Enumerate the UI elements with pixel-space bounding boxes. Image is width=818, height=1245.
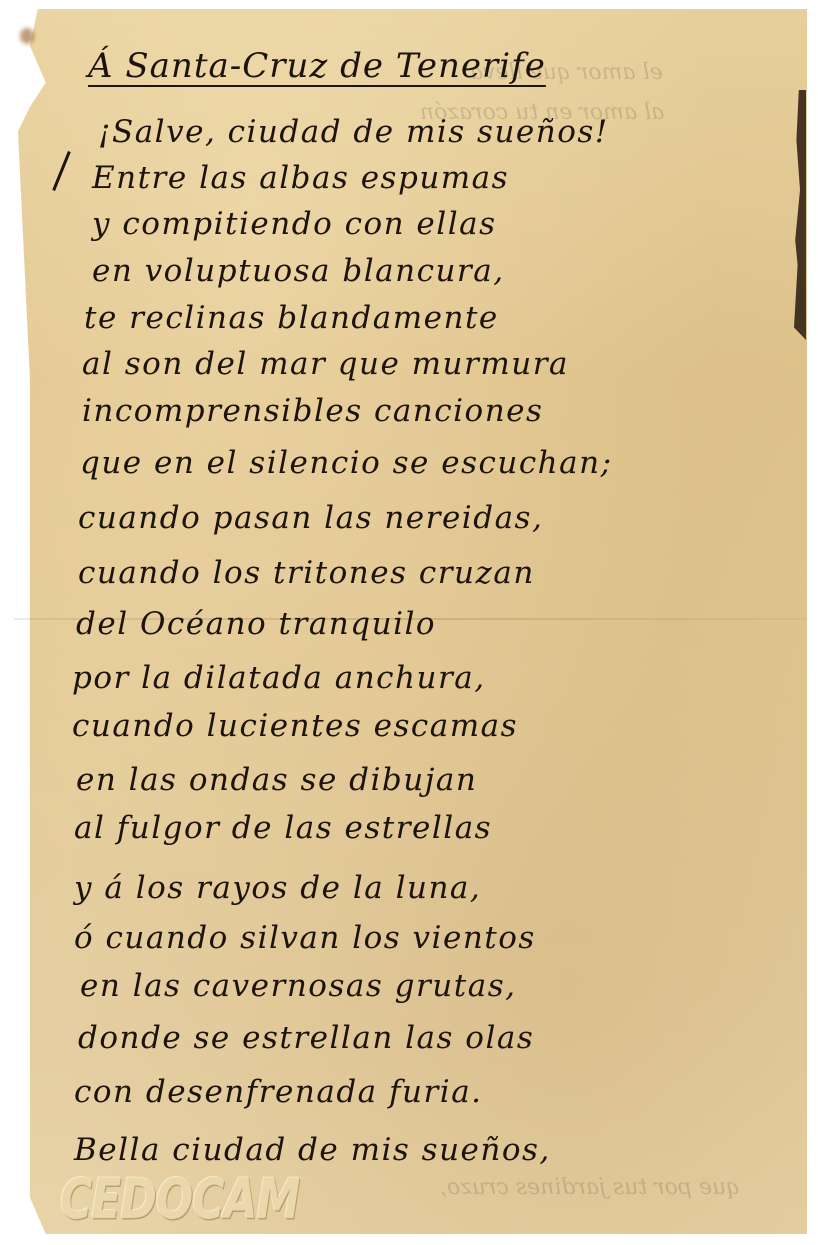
- margin-mark: [52, 151, 71, 191]
- poem-line: cuando lucientes escamas: [72, 708, 518, 744]
- poem-line: Entre las albas espumas: [92, 160, 509, 196]
- poem-line: en las cavernosas grutas,: [80, 968, 516, 1004]
- poem-line: en las ondas se dibujan: [76, 762, 477, 798]
- poem-line: al fulgor de las estrellas: [74, 810, 492, 846]
- poem-line: que en el silencio se escuchan;: [80, 445, 613, 481]
- poem-line: Bella ciudad de mis sueños,: [74, 1132, 551, 1168]
- poem-line: incomprensibles canciones: [82, 393, 543, 429]
- poem-line: cuando pasan las nereidas,: [78, 500, 543, 536]
- poem-line: cuando los tritones cruzan: [78, 555, 535, 591]
- poem-line: y á los rayos de la luna,: [74, 870, 481, 906]
- poem-line: al son del mar que murmura: [82, 346, 569, 382]
- poem: Á Santa-Cruz de Tenerife ¡Salve, ciudad …: [0, 0, 818, 1245]
- poem-line: en voluptuosa blancura,: [92, 253, 505, 289]
- poem-line: donde se estrellan las olas: [78, 1020, 534, 1056]
- poem-line: con desenfrenada furia.: [74, 1074, 483, 1110]
- poem-line: te reclinas blandamente: [84, 300, 499, 336]
- poem-line: ó cuando silvan los vientos: [74, 920, 536, 956]
- poem-line: del Océano tranquilo: [76, 606, 436, 642]
- cedocam-embossed-stamp: CEDOCAM: [60, 1168, 299, 1232]
- poem-line: por la dilatada anchura,: [72, 660, 486, 696]
- poem-line: ¡Salve, ciudad de mis sueños!: [98, 114, 609, 150]
- poem-title: Á Santa-Cruz de Tenerife: [88, 46, 546, 86]
- poem-line: y compitiendo con ellas: [92, 206, 497, 242]
